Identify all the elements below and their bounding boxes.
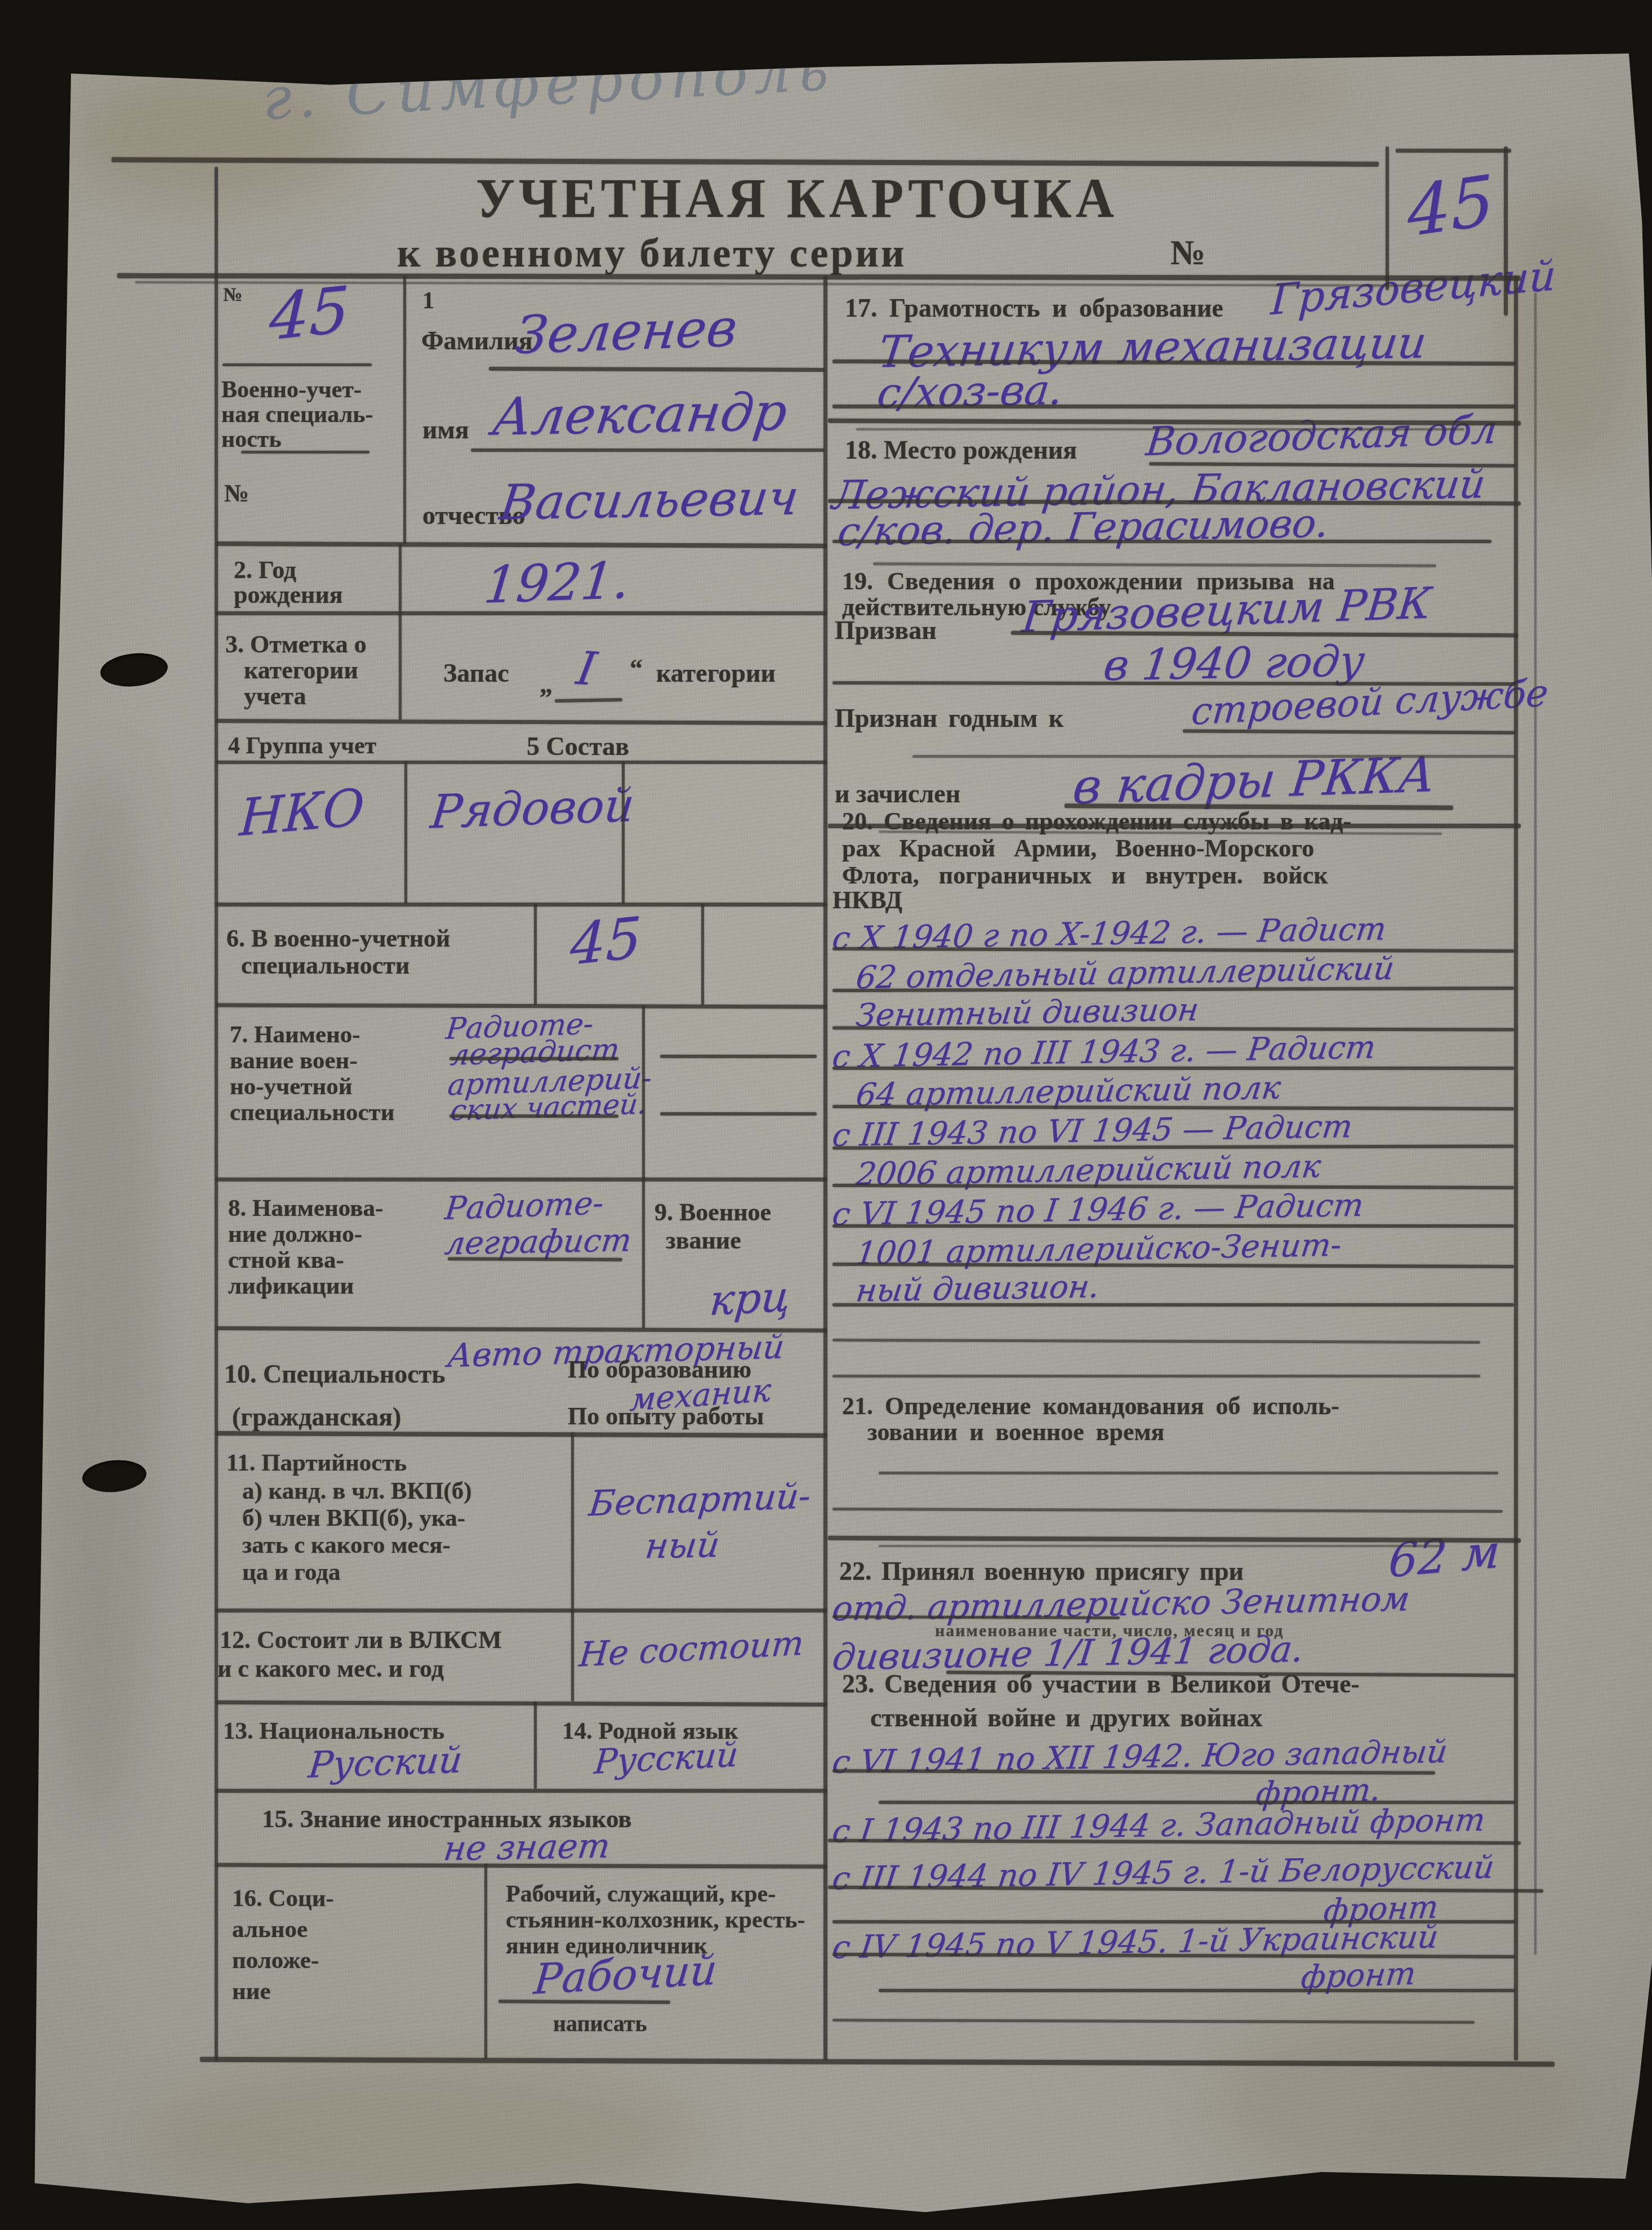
field1-number: 1 xyxy=(422,287,434,314)
form-rule xyxy=(216,761,827,764)
form-rule xyxy=(215,167,218,2061)
form-rule xyxy=(534,904,537,1005)
card-title-line2: к военному билету серии xyxy=(397,230,907,277)
name-label: имя xyxy=(422,415,469,445)
form-rule xyxy=(832,405,1515,408)
form-rule xyxy=(222,363,372,366)
form-rule xyxy=(879,1801,1515,1804)
social-status-label: альное xyxy=(232,1916,308,1943)
oath-label: 22. Принял военную присягу при xyxy=(839,1556,1244,1586)
form-rule xyxy=(449,1114,618,1118)
vus-no-label: № xyxy=(224,479,249,508)
form-rule xyxy=(216,611,827,615)
social-status-value: Рабочий xyxy=(532,1945,719,2004)
card-title-line1: УЧЕТНАЯ КАРТОЧКА xyxy=(476,166,1118,230)
foreign-languages-value: не знает xyxy=(442,1826,612,1868)
form-rule xyxy=(832,540,1491,543)
by-experience-label: По опыту работы xyxy=(568,1402,764,1431)
birthplace-label: 18. Место рождения xyxy=(845,435,1077,465)
social-status-label: ние xyxy=(232,1978,271,2005)
party-value: Беспартий- xyxy=(587,1475,813,1524)
vus-number-label: 6. В военно-учетной xyxy=(226,924,450,953)
fitness-label: Признан годным к xyxy=(835,703,1063,733)
category-label: категории xyxy=(244,656,358,685)
reg-no-value: 45 xyxy=(268,273,350,355)
paper-sheet: г. Симферополь УЧЕТНАЯ КАРТОЧКА к военно… xyxy=(0,0,1652,2230)
vus-label: ность xyxy=(221,426,282,453)
vus-name-label: 7. Наимено- xyxy=(230,1021,360,1049)
native-language-value: Русский xyxy=(593,1735,740,1782)
form-rule xyxy=(484,1864,487,2059)
nationality-value: Русский xyxy=(306,1739,464,1787)
service-label: рах Красной Армии, Военно-Морского xyxy=(842,834,1314,863)
form-rule xyxy=(879,1989,1515,1992)
party-label: зать с какого меся- xyxy=(242,1531,451,1559)
category-label: 3. Отметка о xyxy=(225,630,367,659)
zapas-label: Запас xyxy=(443,658,509,688)
enlisted-label: и зачислен xyxy=(835,779,960,809)
social-status-options: стьянин-колхозник, кресть- xyxy=(506,1907,805,1934)
quote-close: “ xyxy=(630,654,643,683)
rank-label: 9. Военное xyxy=(654,1198,771,1227)
form-rule xyxy=(879,1545,1442,1547)
position-label: стной ква- xyxy=(228,1246,344,1274)
paper-stain xyxy=(146,2062,698,2209)
paper-stain xyxy=(929,45,1357,141)
birth-year-value: 1921. xyxy=(482,550,633,615)
form-rule xyxy=(856,428,1464,430)
party-label: 11. Партийность xyxy=(226,1449,407,1477)
form-rule xyxy=(660,1055,817,1058)
form-rule xyxy=(1534,293,1537,1955)
series-number-sign: № xyxy=(1170,233,1205,273)
patronymic-value: Васильевич xyxy=(497,469,802,531)
form-rule xyxy=(832,1067,1514,1070)
civil-spec-label: (гражданская) xyxy=(232,1402,401,1432)
form-rule xyxy=(216,1178,827,1181)
form-rule xyxy=(1386,146,1389,290)
form-rule xyxy=(642,1179,645,1329)
social-status-label: положе- xyxy=(232,1947,319,1974)
form-rule xyxy=(642,1006,645,1179)
education-label: 17. Грамотность и образование xyxy=(845,293,1223,323)
position-label: ние должно- xyxy=(228,1220,362,1248)
category-label: учета xyxy=(244,682,306,710)
paper-stain xyxy=(68,62,360,208)
form-rule xyxy=(216,903,827,907)
form-rule xyxy=(832,1375,1480,1378)
form-rule xyxy=(571,1432,574,1609)
form-rule xyxy=(832,1224,1514,1228)
social-status-hint: написать xyxy=(553,2010,647,2037)
form-rule xyxy=(879,1472,1498,1474)
sostav-label: 5 Состав xyxy=(527,731,629,761)
position-value: леграфист xyxy=(443,1222,634,1262)
vus-label: ная специаль- xyxy=(221,401,373,428)
corner-number-value: 45 xyxy=(1406,160,1495,252)
group-label: 4 Группа учет xyxy=(228,732,376,759)
form-rule xyxy=(571,1609,574,1702)
party-label: а) канд. в чл. ВКП(б) xyxy=(242,1477,472,1505)
vus-name-value: ских частей. xyxy=(449,1087,648,1127)
form-rule xyxy=(216,1789,827,1793)
group-value: НКО xyxy=(238,778,366,848)
form-rule xyxy=(216,1609,827,1612)
prizvan-label: Призван xyxy=(835,615,937,645)
service-label: Флота, пограничных и внутрен. войск xyxy=(842,861,1328,890)
position-label: 8. Наименова- xyxy=(228,1194,383,1222)
war-participation-label: ственной войне и других войнах xyxy=(870,1703,1262,1733)
form-rule xyxy=(660,1112,817,1116)
form-rule xyxy=(1514,276,1518,2060)
command-decision-label: зовании и военное время xyxy=(867,1418,1164,1446)
position-label: лификации xyxy=(228,1272,354,1300)
social-status-options: Рабочий, служащий, кре- xyxy=(506,1881,776,1908)
vus-name-label: специальности xyxy=(230,1099,395,1126)
surname-value: Зеленев xyxy=(512,297,740,366)
civil-spec-label: 10. Специальность xyxy=(224,1359,446,1389)
quote-open: „ xyxy=(540,669,553,699)
form-rule xyxy=(828,824,1521,828)
form-rule xyxy=(912,755,1515,758)
form-rule xyxy=(622,762,625,904)
position-value: Радиоте- xyxy=(443,1185,605,1227)
social-status-label: 16. Соци- xyxy=(232,1885,334,1912)
party-value: ный xyxy=(643,1524,722,1566)
komsomol-label: и с какого мес. и год xyxy=(217,1654,444,1683)
form-rule xyxy=(534,1702,537,1789)
vus-label: Военно-учет- xyxy=(221,376,362,403)
service-label: НКВД xyxy=(832,886,902,914)
vus-number-label: специальности xyxy=(241,951,409,980)
vus-name-label: но-учетной xyxy=(230,1073,353,1100)
vus-number-value: 45 xyxy=(569,904,643,978)
name-value: Александр xyxy=(489,381,790,447)
komsomol-label: 12. Состоит ли в ВЛКСМ xyxy=(220,1625,502,1654)
form-rule xyxy=(1504,146,1508,316)
reg-no-label: № xyxy=(223,285,242,306)
form-rule xyxy=(403,276,406,544)
paper-stain xyxy=(39,761,158,1831)
party-label: б) член ВКП(б), ука- xyxy=(242,1504,465,1532)
rank-value: крц xyxy=(707,1272,792,1325)
form-rule xyxy=(832,1920,1515,1924)
vus-name-label: вание воен- xyxy=(230,1047,358,1074)
scanned-military-card: { "page": { "pencil_note": "г. Симферопо… xyxy=(0,0,1652,2230)
oath-unit-number: 62 м xyxy=(1387,1525,1502,1588)
form-rule xyxy=(1396,149,1511,153)
form-rule xyxy=(449,1057,618,1060)
paper-stain xyxy=(1498,186,1639,479)
birth-year-label: рождения xyxy=(234,580,343,609)
form-rule xyxy=(471,448,825,452)
paper-stain xyxy=(1211,2017,1583,2186)
sostav-value: Рядовой xyxy=(428,779,637,839)
form-rule xyxy=(701,904,704,1005)
command-decision-label: 21. Определение командования об исполь- xyxy=(842,1392,1339,1420)
birthplace-value: с/ков. дер. Герасимово. xyxy=(835,500,1332,554)
education-value: с/хоз-ва. xyxy=(875,366,1066,417)
rank-label: звание xyxy=(666,1226,741,1255)
form-rule xyxy=(404,762,407,904)
form-rule xyxy=(241,451,369,454)
form-rule xyxy=(832,1303,1514,1307)
kategorii-label: категории xyxy=(656,658,776,688)
form-rule xyxy=(399,611,402,720)
form-rule xyxy=(399,544,402,611)
party-label: ца и года xyxy=(242,1558,341,1586)
